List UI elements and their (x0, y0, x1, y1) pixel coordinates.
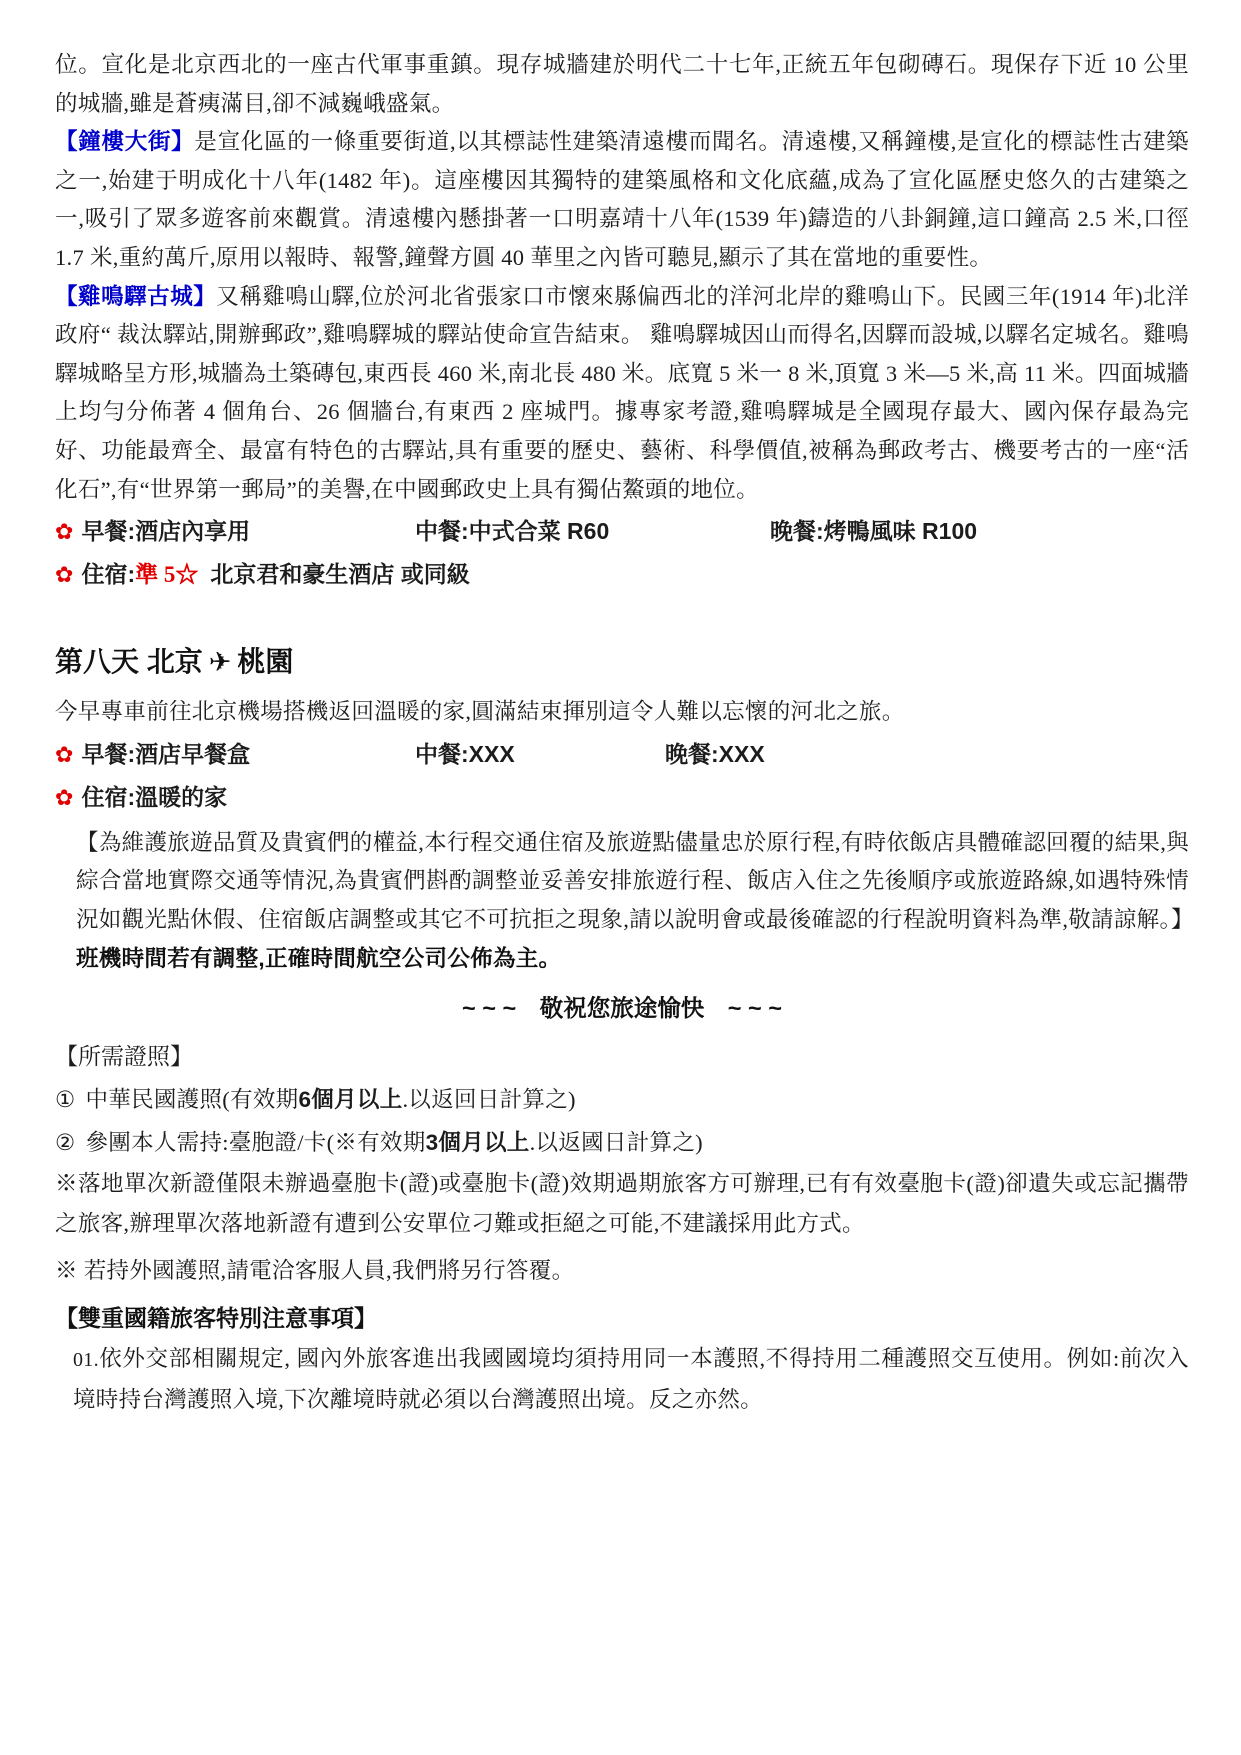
document-item-2-post: .以返國日計算之) (530, 1130, 703, 1155)
paragraph-jiming-post-city: 【雞鳴驛古城】又稱雞鳴山驛,位於河北省張家口市懷來縣偏西北的洋河北岸的雞鳴山下。… (55, 278, 1189, 510)
section-title-bell-tower-street: 【鐘樓大街】 (55, 129, 194, 154)
breakfast-day7-label: 早餐:酒店內享用 (81, 511, 250, 552)
florette-icon: ✿ (55, 777, 73, 818)
meals-row-day7: ✿早餐:酒店內享用 中餐:中式合菜 R60 晚餐:烤鴨風味 R100 (55, 511, 1189, 552)
hotel-day7-label: 住宿: (81, 554, 135, 595)
breakfast-day7: ✿早餐:酒店內享用 (55, 511, 415, 552)
day8-heading-right: 桃園 (237, 646, 293, 677)
circled-number-1-icon: ① (55, 1087, 75, 1112)
hotel-row-day7: ✿ 住宿: 準 5☆ 北京君和豪生酒店 或同級 (55, 554, 1189, 595)
meals-row-day8: ✿早餐:酒店早餐盒 中餐:XXX 晚餐:XXX (55, 734, 1189, 775)
bell-tower-street-body: 是宣化區的一條重要街道,以其標誌性建築清遠樓而聞名。清遠樓,又稱鐘樓,是宣化的標… (55, 129, 1189, 270)
bon-voyage-line: ~ ~ ~ 敬祝您旅途愉快 ~ ~ ~ (55, 988, 1189, 1028)
quality-disclaimer: 【為維護旅遊品質及貴賓們的權益,本行程交通住宿及旅遊點儘量忠於原行程,有時依飯店… (76, 824, 1189, 978)
dual-item-text: 依外交部相關規定, 國內外旅客進出我國國境均須持用同一本護照,不得持用二種護照交… (73, 1346, 1189, 1412)
dual-nationality-item: 01.依外交部相關規定, 國內外旅客進出我國國境均須持用同一本護照,不得持用二種… (73, 1339, 1189, 1420)
hotel-day7-grade: 準 5☆ (135, 554, 198, 595)
required-documents-title: 【所需證照】 (55, 1036, 1189, 1078)
circled-number-2-icon: ② (55, 1130, 75, 1155)
document-item-2: ②參團本人需持:臺胞證/卡(※有效期3個月以上.以返國日計算之) (55, 1121, 1189, 1164)
foreign-passport-note: ※ 若持外國護照,請電洽客服人員,我們將另行答覆。 (55, 1251, 1189, 1291)
paragraph-bell-tower-street: 【鐘樓大街】是宣化區的一條重要街道,以其標誌性建築清遠樓而聞名。清遠樓,又稱鐘樓… (55, 123, 1189, 277)
itinerary-page: 位。宣化是北京西北的一座古代軍事重鎮。現存城牆建於明代二十七年,正統五年包砌磚石… (0, 0, 1241, 1755)
dinner-day7-label: 晚餐:烤鴨風味 R100 (770, 511, 977, 552)
hotel-row-day8: ✿ 住宿: 溫暖的家 (55, 777, 1189, 818)
day8-heading: 第八天 北京✈桃園 (55, 645, 1189, 679)
florette-icon: ✿ (55, 554, 73, 595)
florette-icon: ✿ (55, 734, 73, 775)
hotel-day8-label: 住宿: (81, 777, 135, 818)
section-title-jiming-post-city: 【雞鳴驛古城】 (55, 284, 216, 309)
breakfast-day8: ✿早餐:酒店早餐盒 (55, 734, 415, 775)
hotel-day8-name: 溫暖的家 (135, 777, 227, 818)
document-item-1: ①中華民國護照(有效期6個月以上.以返回日計算之) (55, 1078, 1189, 1121)
day8-description: 今早專車前往北京機場搭機返回溫暖的家,圓滿結束揮別這令人難以忘懷的河北之旅。 (55, 693, 1189, 732)
document-item-1-pre: 中華民國護照(有效期 (85, 1087, 298, 1112)
document-item-2-validity: 3個月以上 (426, 1130, 530, 1155)
airplane-icon: ✈ (203, 647, 238, 677)
document-item-1-post: .以返回日計算之) (403, 1087, 576, 1112)
breakfast-day8-label: 早餐:酒店早餐盒 (81, 734, 250, 775)
paragraph-xuanhua: 位。宣化是北京西北的一座古代軍事重鎮。現存城牆建於明代二十七年,正統五年包砌磚石… (55, 46, 1189, 123)
lunch-day8-label: 中餐:XXX (415, 734, 665, 775)
landing-permit-note: ※落地單次新證僅限未辦過臺胞卡(證)或臺胞卡(證)效期過期旅客方可辦理,已有有效… (55, 1164, 1189, 1243)
document-item-2-pre: 參團本人需持:臺胞證/卡(※有效期 (85, 1130, 425, 1155)
dual-nationality-title: 【雙重國籍旅客特別注意事項】 (55, 1297, 1189, 1339)
quality-disclaimer-text: 【為維護旅遊品質及貴賓們的權益,本行程交通住宿及旅遊點儘量忠於原行程,有時依飯店… (76, 830, 1194, 932)
day8-heading-left: 第八天 北京 (55, 646, 203, 677)
dinner-day8-label: 晚餐:XXX (665, 734, 765, 775)
florette-icon: ✿ (55, 511, 73, 552)
flight-time-notice: 班機時間若有調整,正確時間航空公司公佈為主。 (76, 946, 561, 971)
dual-item-number: 01. (73, 1349, 99, 1371)
document-item-1-validity: 6個月以上 (298, 1087, 402, 1112)
jiming-post-city-body: 又稱雞鳴山驛,位於河北省張家口市懷來縣偏西北的洋河北岸的雞鳴山下。民國三年(19… (55, 284, 1189, 502)
lunch-day7-label: 中餐:中式合菜 R60 (415, 511, 770, 552)
hotel-day7-name: 北京君和豪生酒店 或同級 (210, 554, 469, 595)
